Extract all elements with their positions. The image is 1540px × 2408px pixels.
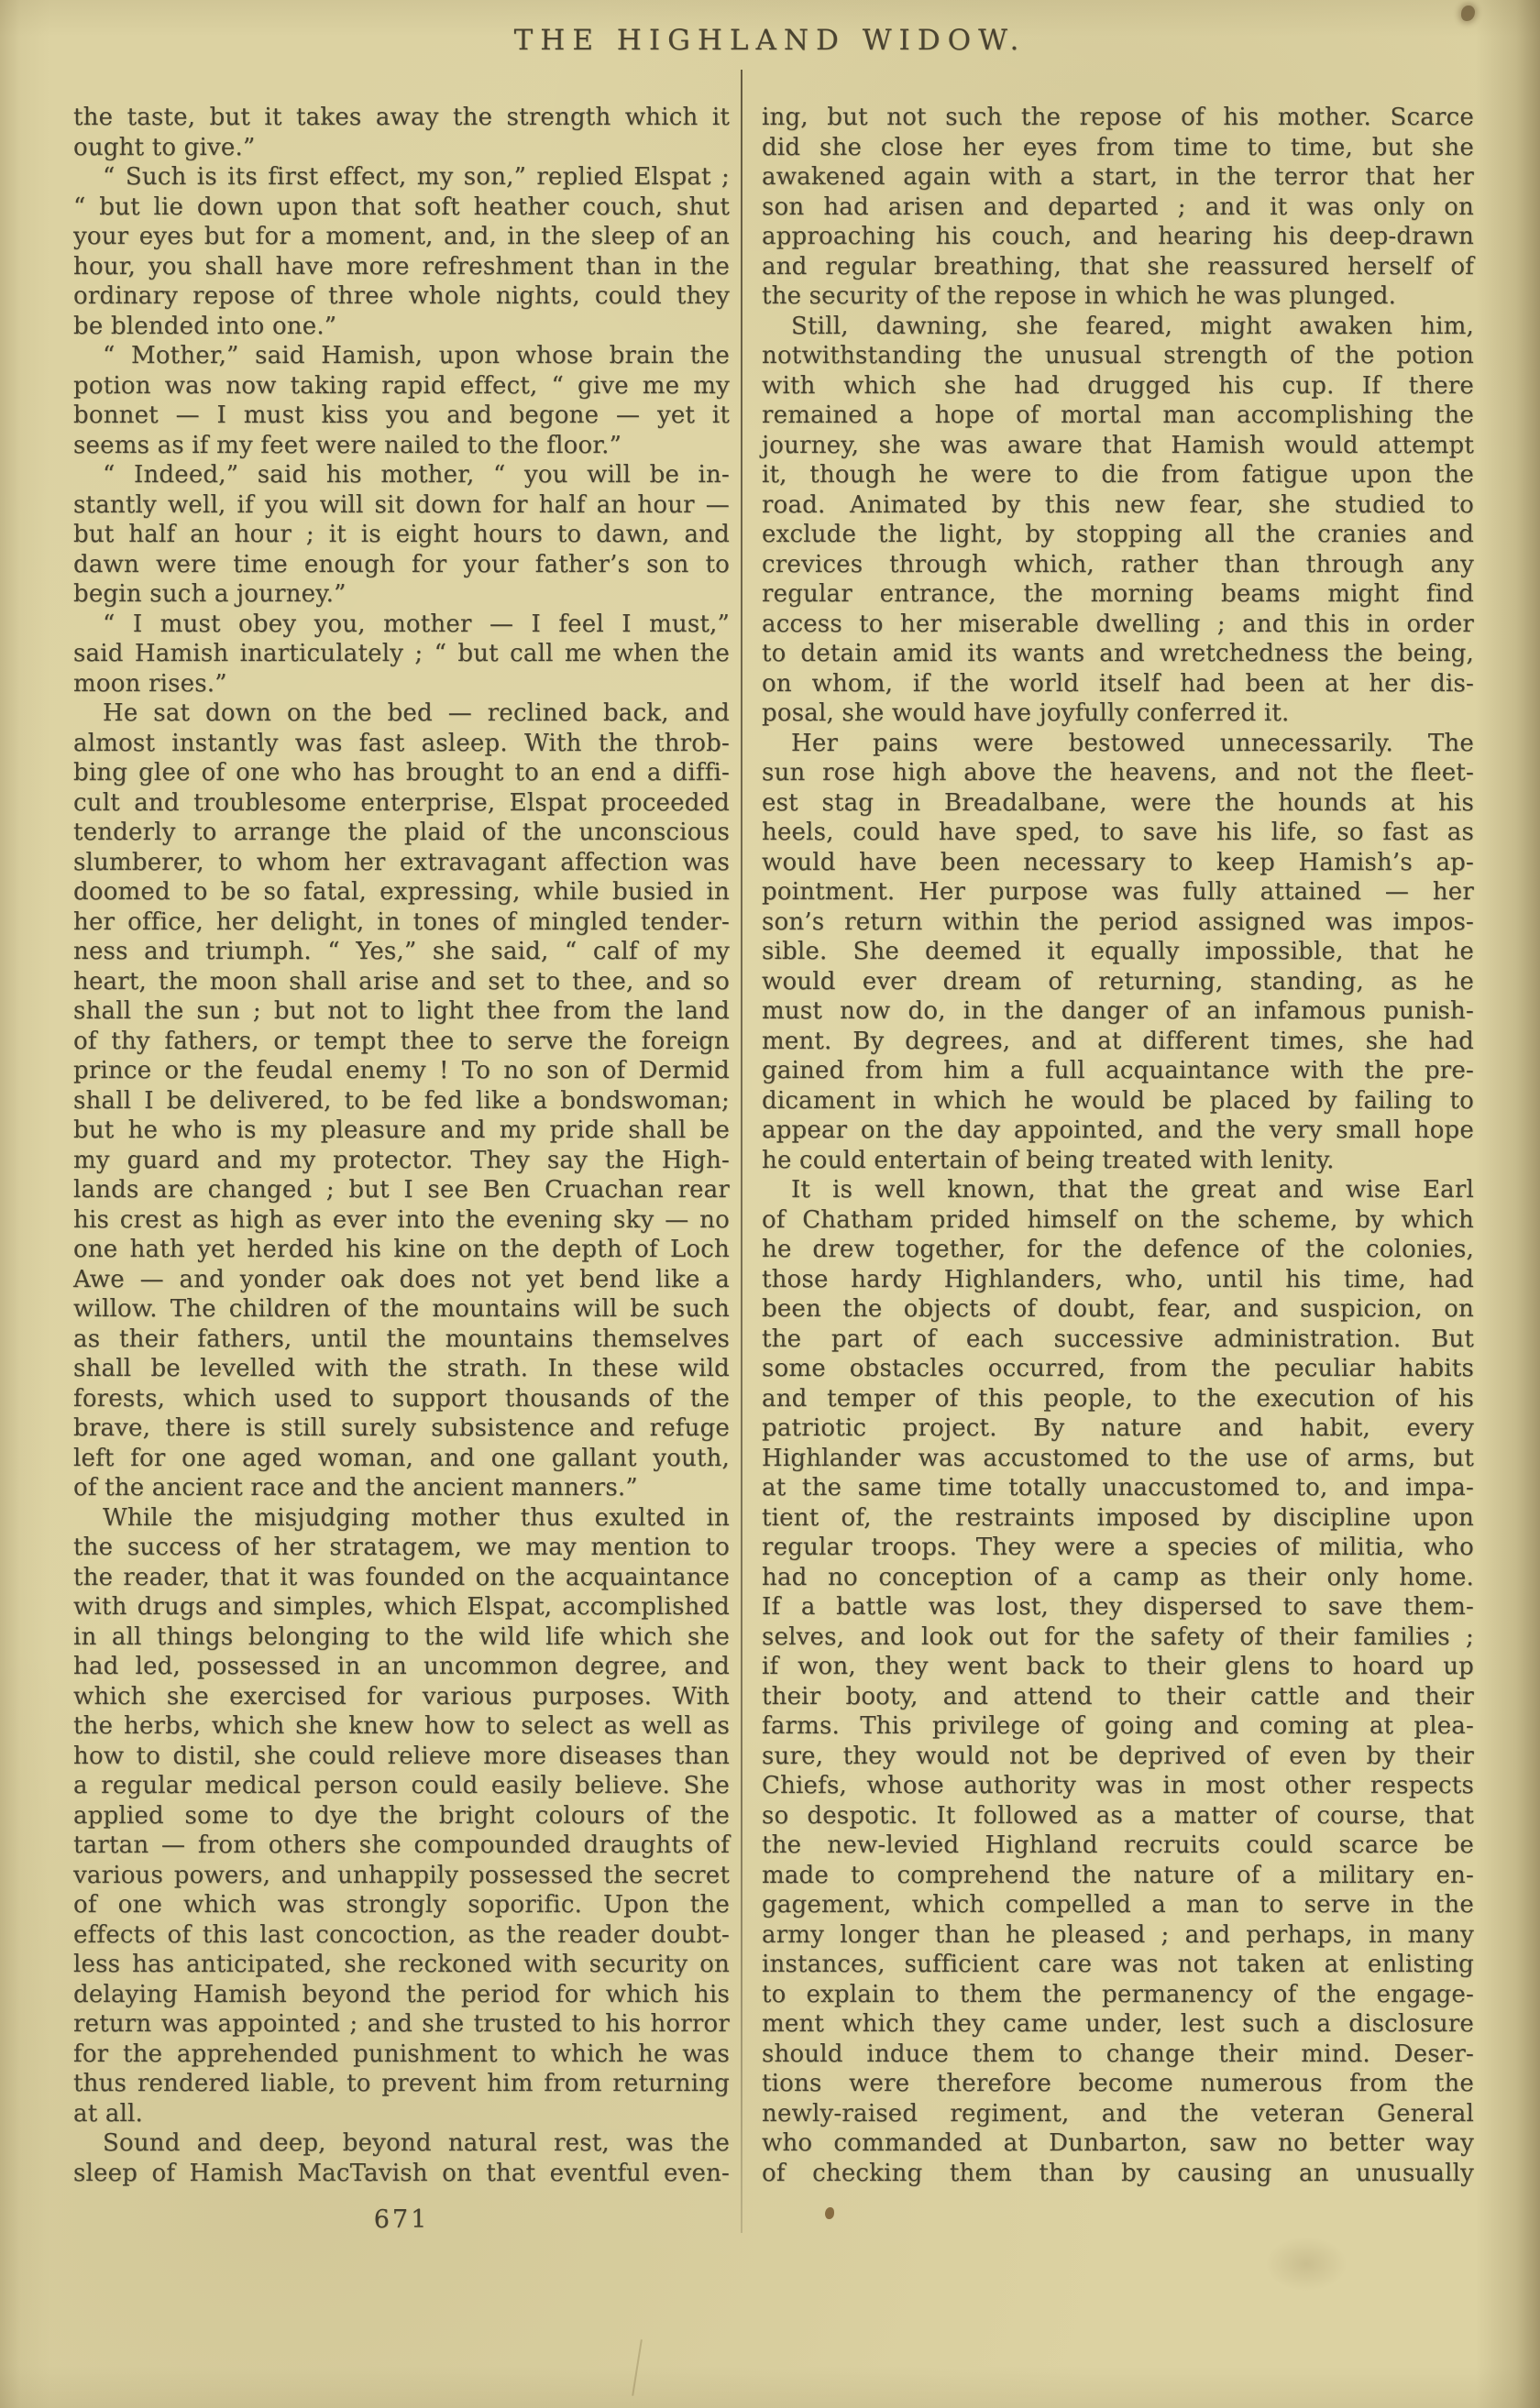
text-line: thus rendered liable, to prevent him fro… bbox=[73, 2069, 730, 2099]
ink-speck bbox=[825, 2207, 834, 2219]
text-line: If a battle was lost, they dispersed to … bbox=[762, 1592, 1474, 1622]
text-line: applied some to dye the bright colours o… bbox=[73, 1801, 730, 1831]
text-line: on whom, if the world itself had been at… bbox=[762, 669, 1474, 699]
text-line: stantly well, if you will sit down for h… bbox=[73, 490, 730, 521]
text-line: regular entrance, the morning beams migh… bbox=[762, 579, 1474, 610]
text-line: Her pains were bestowed unnecessarily. T… bbox=[762, 729, 1474, 759]
text-line: lands are changed ; but I see Ben Cruach… bbox=[73, 1175, 730, 1205]
text-line: patriotic project. By nature and habit, … bbox=[762, 1413, 1474, 1444]
text-line: one hath yet herded his kine on the dept… bbox=[73, 1235, 730, 1265]
text-line: his crest as high as ever into the eveni… bbox=[73, 1205, 730, 1236]
text-line: and temper of this people, to the execut… bbox=[762, 1384, 1474, 1414]
text-line: but half an hour ; it is eight hours to … bbox=[73, 520, 730, 550]
text-line: had led, possessed in an uncommon degree… bbox=[73, 1652, 730, 1682]
text-line: to explain to them the permanency of the… bbox=[762, 1980, 1474, 2010]
page-number: 671 bbox=[73, 2205, 730, 2234]
text-line: the reader, that it was founded on the a… bbox=[73, 1563, 730, 1593]
text-line: ordinary repose of three whole nights, c… bbox=[73, 281, 730, 312]
text-column-right: ing, but not such the repose of his moth… bbox=[762, 103, 1474, 2188]
text-line: tions were therefore become numerous fro… bbox=[762, 2069, 1474, 2099]
text-line: prince or the feudal enemy ! To no son o… bbox=[73, 1056, 730, 1086]
text-line: he could entertain of being treated with… bbox=[762, 1146, 1474, 1176]
text-line: who commanded at Dunbarton, saw no bette… bbox=[762, 2128, 1474, 2159]
paper-stain bbox=[1265, 2237, 1347, 2292]
text-line: did she close her eyes from time to time… bbox=[762, 133, 1474, 163]
text-line: to detain amid its wants and wretchednes… bbox=[762, 639, 1474, 669]
text-line: at all. bbox=[73, 2099, 730, 2129]
text-line: my guard and my protector. They say the … bbox=[73, 1146, 730, 1176]
text-line: Chiefs, whose authority was in most othe… bbox=[762, 1771, 1474, 1801]
text-line: ness and triumph. “ Yes,” she said, “ ca… bbox=[73, 937, 730, 967]
text-line: would have been necessary to keep Hamish… bbox=[762, 848, 1474, 878]
text-line: selves, and look out for the safety of t… bbox=[762, 1622, 1474, 1653]
text-line: delaying Hamish beyond the period for wh… bbox=[73, 1980, 730, 2010]
text-line: must now do, in the danger of an infamou… bbox=[762, 996, 1474, 1027]
text-line: journey, she was aware that Hamish would… bbox=[762, 431, 1474, 461]
book-page: THE HIGHLAND WIDOW. the taste, but it ta… bbox=[0, 0, 1540, 2408]
text-line: which she exercised for various purposes… bbox=[73, 1682, 730, 1712]
text-line: the part of each successive administrati… bbox=[762, 1325, 1474, 1355]
text-line: of thy fathers, or tempt thee to serve t… bbox=[73, 1027, 730, 1057]
text-line: your eyes but for a moment, and, in the … bbox=[73, 222, 730, 252]
text-line: how to distil, she could relieve more di… bbox=[73, 1742, 730, 1772]
text-line: less has anticipated, she reckoned with … bbox=[73, 1950, 730, 1980]
text-line: brave, there is still surely subsistence… bbox=[73, 1413, 730, 1444]
text-line: with drugs and simples, which Elspat, ac… bbox=[73, 1592, 730, 1622]
text-line: the new-levied Highland recruits could s… bbox=[762, 1831, 1474, 1861]
text-line: ment. By degrees, and at different times… bbox=[762, 1027, 1474, 1057]
text-line: Highlander was accustomed to the use of … bbox=[762, 1444, 1474, 1474]
text-line: est stag in Breadalbane, were the hounds… bbox=[762, 788, 1474, 819]
text-line: sure, they would not be deprived of even… bbox=[762, 1742, 1474, 1772]
text-line: “ Such is its first effect, my son,” rep… bbox=[73, 162, 730, 192]
text-line: regular troops. They were a species of m… bbox=[762, 1533, 1474, 1563]
text-line: with which she had drugged his cup. If t… bbox=[762, 371, 1474, 401]
text-line: begin such a journey.” bbox=[73, 579, 730, 610]
text-line: dicament in which he would be placed by … bbox=[762, 1086, 1474, 1116]
text-line: so despotic. It followed as a matter of … bbox=[762, 1801, 1474, 1831]
text-line: and regular breathing, that she reassure… bbox=[762, 252, 1474, 282]
text-line: Still, dawning, she feared, might awaken… bbox=[762, 312, 1474, 342]
text-line: “ but lie down upon that soft heather co… bbox=[73, 192, 730, 223]
text-line: remained a hope of mortal man accomplish… bbox=[762, 401, 1474, 431]
text-line: son’s return within the period assigned … bbox=[762, 907, 1474, 938]
text-line: of checking them than by causing an unus… bbox=[762, 2159, 1474, 2189]
text-line: road. Animated by this new fear, she stu… bbox=[762, 490, 1474, 521]
text-line: at the same time totally unaccustomed to… bbox=[762, 1473, 1474, 1503]
text-line: the security of the repose in which he w… bbox=[762, 281, 1474, 312]
text-line: heart, the moon shall arise and set to t… bbox=[73, 967, 730, 997]
text-line: pointment. Her purpose was fully attaine… bbox=[762, 877, 1474, 907]
text-line: for the apprehended punishment to which … bbox=[73, 2040, 730, 2070]
text-line: almost instantly was fast asleep. With t… bbox=[73, 729, 730, 759]
text-line: approaching his couch, and hearing his d… bbox=[762, 222, 1474, 252]
text-line: sun rose high above the heavens, and not… bbox=[762, 758, 1474, 788]
text-line: instances, sufficient care was not taken… bbox=[762, 1950, 1474, 1980]
text-line: gained from him a full acquaintance with… bbox=[762, 1056, 1474, 1086]
text-line: forests, which used to support thousands… bbox=[73, 1384, 730, 1414]
text-line: moon rises.” bbox=[73, 669, 730, 699]
text-line: newly-raised regiment, and the veteran G… bbox=[762, 2099, 1474, 2129]
column-divider-rule bbox=[741, 70, 742, 2233]
text-line: shall I be delivered, to be fed like a b… bbox=[73, 1086, 730, 1116]
text-line: sleep of Hamish MacTavish on that eventf… bbox=[73, 2159, 730, 2189]
text-line: While the misjudging mother thus exulted… bbox=[73, 1503, 730, 1534]
text-line: had no conception of a camp as their onl… bbox=[762, 1563, 1474, 1593]
text-line: the success of her stratagem, we may men… bbox=[73, 1533, 730, 1563]
text-line: it, though he were to die from fatigue u… bbox=[762, 460, 1474, 490]
text-line: doomed to be so fatal, expressing, while… bbox=[73, 877, 730, 907]
text-line: effects of this last concoction, as the … bbox=[73, 1920, 730, 1951]
text-line: He sat down on the bed — reclined back, … bbox=[73, 698, 730, 729]
text-line: notwithstanding the unusual strength of … bbox=[762, 341, 1474, 371]
paper-stain bbox=[1461, 5, 1475, 21]
text-line: but he who is my pleasure and my pride s… bbox=[73, 1116, 730, 1146]
text-line: willow. The children of the mountains wi… bbox=[73, 1294, 730, 1325]
text-line: be blended into one.” bbox=[73, 312, 730, 342]
text-line: appear on the day appointed, and the ver… bbox=[762, 1116, 1474, 1146]
text-line: return was appointed ; and she trusted t… bbox=[73, 2009, 730, 2040]
text-column-left: the taste, but it takes away the strengt… bbox=[73, 103, 730, 2188]
text-line: those hardy Highlanders, who, until his … bbox=[762, 1265, 1474, 1295]
text-line: heels, could have sped, to save his life… bbox=[762, 818, 1474, 848]
text-line: been the objects of doubt, fear, and sus… bbox=[762, 1294, 1474, 1325]
text-line: potion was now taking rapid effect, “ gi… bbox=[73, 371, 730, 401]
text-line: It is well known, that the great and wis… bbox=[762, 1175, 1474, 1205]
text-line: would ever dream of returning, standing,… bbox=[762, 967, 1474, 997]
text-line: bing glee of one who has brought to an e… bbox=[73, 758, 730, 788]
text-line: said Hamish inarticulately ; “ but call … bbox=[73, 639, 730, 669]
text-line: shall the sun ; but not to light thee fr… bbox=[73, 996, 730, 1027]
text-line: tient of, the restraints imposed by disc… bbox=[762, 1503, 1474, 1534]
text-line: of one which was strongly soporific. Upo… bbox=[73, 1890, 730, 1920]
text-line: ing, but not such the repose of his moth… bbox=[762, 103, 1474, 133]
text-line: gagement, which compelled a man to serve… bbox=[762, 1890, 1474, 1920]
text-line: “ Indeed,” said his mother, “ you will b… bbox=[73, 460, 730, 490]
text-line: shall be levelled with the strath. In th… bbox=[73, 1354, 730, 1384]
text-line: in all things belonging to the wild life… bbox=[73, 1622, 730, 1653]
text-line: ment which they came under, lest such a … bbox=[762, 2009, 1474, 2040]
text-line: hour, you shall have more refreshment th… bbox=[73, 252, 730, 282]
text-line: Awe — and yonder oak does not yet bend l… bbox=[73, 1265, 730, 1295]
text-line: ought to give.” bbox=[73, 133, 730, 163]
text-line: their booty, and attend to their cattle … bbox=[762, 1682, 1474, 1712]
text-line: the taste, but it takes away the strengt… bbox=[73, 103, 730, 133]
text-line: Sound and deep, beyond natural rest, was… bbox=[73, 2128, 730, 2159]
text-line: of the ancient race and the ancient mann… bbox=[73, 1473, 730, 1503]
text-line: some obstacles occurred, from the peculi… bbox=[762, 1354, 1474, 1384]
text-line: seems as if my feet were nailed to the f… bbox=[73, 431, 730, 461]
text-line: son had arisen and departed ; and it was… bbox=[762, 192, 1474, 223]
text-line: her office, her delight, in tones of min… bbox=[73, 907, 730, 938]
text-line: made to comprehend the nature of a milit… bbox=[762, 1861, 1474, 1891]
text-line: crevices through which, rather than thro… bbox=[762, 550, 1474, 580]
running-header: THE HIGHLAND WIDOW. bbox=[0, 24, 1540, 57]
text-line: bonnet — I must kiss you and begone — ye… bbox=[73, 401, 730, 431]
text-line: exclude the light, by stopping all the c… bbox=[762, 520, 1474, 550]
text-line: “ Mother,” said Hamish, upon whose brain… bbox=[73, 341, 730, 371]
text-line: the herbs, which she knew how to select … bbox=[73, 1711, 730, 1742]
text-line: as their fathers, until the mountains th… bbox=[73, 1325, 730, 1355]
text-line: left for one aged woman, and one gallant… bbox=[73, 1444, 730, 1474]
text-line: awakened again with a start, in the terr… bbox=[762, 162, 1474, 192]
text-line: slumberer, to whom her extravagant affec… bbox=[73, 848, 730, 878]
text-line: cult and troublesome enterprise, Elspat … bbox=[73, 788, 730, 819]
text-line: various powers, and unhappily possessed … bbox=[73, 1861, 730, 1891]
text-line: if won, they went back to their glens to… bbox=[762, 1652, 1474, 1682]
text-line: should induce them to change their mind.… bbox=[762, 2040, 1474, 2070]
text-line: posal, she would have joyfully conferred… bbox=[762, 698, 1474, 729]
text-line: “ I must obey you, mother — I feel I mus… bbox=[73, 610, 730, 640]
text-line: tartan — from others she compounded drau… bbox=[73, 1831, 730, 1861]
text-line: a regular medical person could easily be… bbox=[73, 1771, 730, 1801]
text-line: farms. This privilege of going and comin… bbox=[762, 1711, 1474, 1742]
text-line: sible. She deemed it equally impossible,… bbox=[762, 937, 1474, 967]
text-line: dawn were time enough for your father’s … bbox=[73, 550, 730, 580]
text-line: army longer than he pleased ; and perhap… bbox=[762, 1920, 1474, 1951]
text-line: of Chatham prided himself on the scheme,… bbox=[762, 1205, 1474, 1236]
text-line: he drew together, for the defence of the… bbox=[762, 1235, 1474, 1265]
paper-crease bbox=[632, 2339, 643, 2396]
text-line: tenderly to arrange the plaid of the unc… bbox=[73, 818, 730, 848]
text-line: access to her miserable dwelling ; and t… bbox=[762, 610, 1474, 640]
